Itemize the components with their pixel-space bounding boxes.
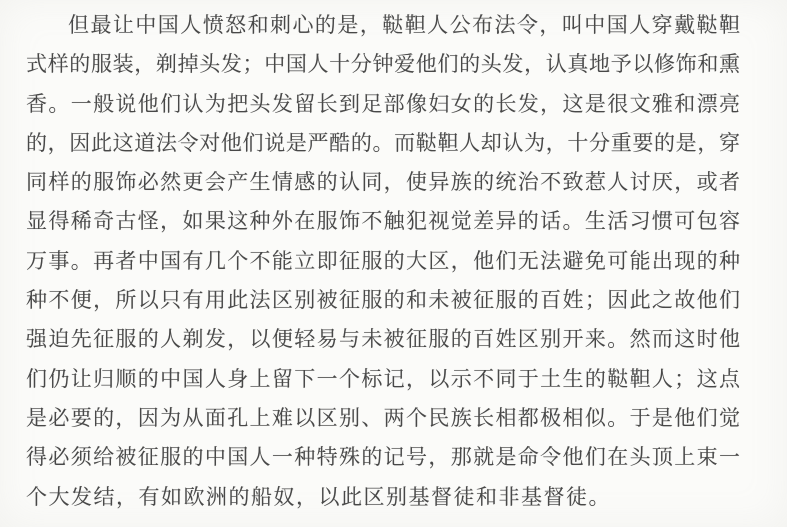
paragraph-line: 得必须给被征服的中国人一种特殊的记号，那就是命令他们在头顶上束一 [26,438,740,477]
paragraph-line: 是必要的，因为从面孔上难以区别、两个民族长相都极相似。于是他们觉 [26,399,740,438]
paragraph-line: 同样的服饰必然更会产生情感的认同，使异族的统治不致惹人讨厌，或者 [26,163,740,202]
paragraph-line: 种不便，所以只有用此法区别被征服的和未被征服的百姓；因此之故他们 [26,281,740,320]
paragraph-line: 个大发结，有如欧洲的船奴，以此区别基督徒和非基督徒。 [26,478,740,517]
paragraph-line: 们仍让归顺的中国人身上留下一个标记，以示不同于土生的鞑靼人；这点 [26,360,740,399]
paragraph-line: 的，因此这道法令对他们说是严酷的。而鞑靼人却认为，十分重要的是，穿 [26,124,740,163]
paragraph-line: 显得稀奇古怪，如果这种外在服饰不触犯视觉差异的话。生活习惯可包容 [26,202,740,241]
paragraph: 但最让中国人愤怒和刺心的是，鞑靼人公布法令，叫中国人穿戴鞑靼 式样的服装，剃掉头… [26,6,740,517]
paragraph-line: 但最让中国人愤怒和刺心的是，鞑靼人公布法令，叫中国人穿戴鞑靼 [26,6,740,45]
paragraph-line: 式样的服装，剃掉头发；中国人十分钟爱他们的头发，认真地予以修饰和熏 [26,45,740,84]
scanned-book-page: 但最让中国人愤怒和刺心的是，鞑靼人公布法令，叫中国人穿戴鞑靼 式样的服装，剃掉头… [0,0,787,527]
paragraph-line: 强迫先征服的人剃发，以便轻易与未被征服的百姓区别开来。然而这时他 [26,320,740,359]
paragraph-line: 万事。再者中国有几个不能立即征服的大区，他们无法避免可能出现的种 [26,242,740,281]
paragraph-line: 香。一般说他们认为把头发留长到足部像妇女的长发，这是很文雅和漂亮 [26,85,740,124]
